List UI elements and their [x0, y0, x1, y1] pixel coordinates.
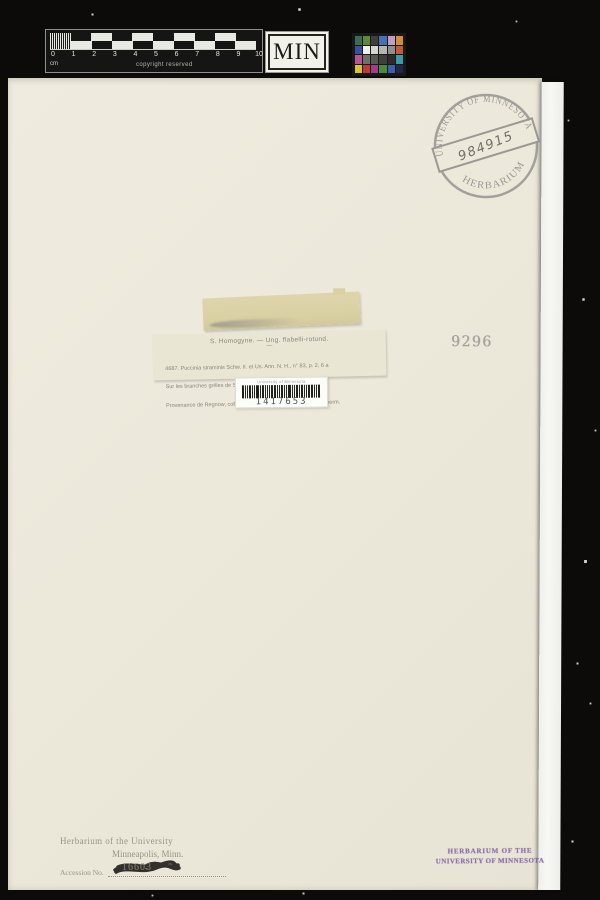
ruler-cm-block — [215, 33, 236, 41]
ruler-number: 5 — [154, 51, 158, 58]
barcode-bar — [252, 385, 253, 398]
barcode-label: University of Minnesota 1417653 — [235, 377, 328, 409]
exsiccata-number: 9296 — [451, 333, 493, 350]
color-checker-card — [352, 33, 406, 76]
accession-number-value: 16603 — [122, 862, 152, 873]
collection-label: S. Homogyne. — Ung. flabelli-rotund. — 4… — [153, 330, 387, 381]
barcode-bar — [254, 385, 255, 398]
ruler-footer: cm copyright reserved — [50, 61, 256, 70]
barcode-bar — [249, 385, 251, 398]
color-swatch — [355, 65, 362, 74]
min-code-tag: MIN — [265, 31, 329, 73]
ruler-cm-block — [194, 41, 215, 49]
barcode-bar — [308, 385, 310, 398]
purple-herbarium-stamp: HERBARIUM OF THE UNIVERSITY OF MINNESOTA — [424, 846, 556, 865]
ruler-number: 7 — [195, 51, 199, 58]
color-swatch — [388, 46, 395, 55]
color-swatch — [363, 65, 370, 74]
ruler-cm-block — [174, 33, 195, 41]
ruler-copyright: copyright reserved — [136, 62, 193, 68]
ruler-cm-block — [132, 33, 153, 41]
ruler-number: 3 — [113, 51, 117, 58]
color-swatch — [396, 65, 403, 74]
barcode-bar — [245, 385, 246, 398]
barcode-bar — [314, 385, 315, 398]
ruler-cm-block — [50, 33, 71, 49]
color-swatch — [388, 55, 395, 64]
dust-specks — [0, 0, 1, 1]
color-swatch — [355, 46, 362, 55]
accession-stamp-line1: Herbarium of the University — [60, 836, 226, 846]
ruler-cm-block — [71, 41, 92, 49]
ruler-cm-block — [235, 41, 256, 49]
color-swatch — [363, 46, 370, 55]
ruler-number-row: 012345678910 — [50, 51, 256, 61]
scale-ruler: 012345678910 cm copyright reserved — [45, 29, 263, 73]
ruler-blocks — [50, 33, 256, 50]
adjacent-sheet-edge — [538, 82, 564, 890]
color-swatch — [396, 36, 403, 45]
barcode-bar — [316, 385, 317, 398]
color-swatch — [355, 36, 362, 45]
min-code-text: MIN — [268, 34, 326, 70]
barcode-bar — [311, 385, 313, 398]
color-swatch — [371, 55, 378, 64]
color-swatch — [371, 65, 378, 74]
barcode-bar — [318, 385, 320, 398]
ruler-number: 8 — [216, 51, 220, 58]
barcode-bar — [242, 385, 244, 398]
ruler-cm-block — [153, 41, 174, 49]
ruler-number: 2 — [92, 51, 96, 58]
label-line: 4687. Puccinia straminis Schw. II. et Us… — [165, 361, 374, 372]
color-swatch — [396, 55, 403, 64]
color-swatch — [388, 36, 395, 45]
ruler-number: 1 — [72, 51, 76, 58]
ruler-unit-label: cm — [50, 61, 58, 67]
ruler-cm-block — [112, 41, 133, 49]
color-swatch — [371, 36, 378, 45]
color-swatch — [379, 65, 386, 74]
crossed-out-accession-number: 16603 — [112, 860, 182, 876]
barcode-bar — [247, 385, 248, 398]
color-swatch — [396, 46, 403, 55]
ruler-number: 0 — [51, 51, 55, 58]
barcode-header: University of Minnesota — [236, 379, 327, 385]
ruler-number: 6 — [175, 51, 179, 58]
accession-stamp: Herbarium of the University Minneapolis,… — [60, 836, 226, 877]
ruler-number: 10 — [255, 51, 263, 58]
accession-stamp-line2: Minneapolis, Minn. — [112, 849, 226, 859]
color-swatch — [379, 46, 386, 55]
ruler-cm-block — [91, 33, 112, 41]
color-swatch — [355, 55, 362, 64]
color-swatch — [363, 36, 370, 45]
packet-fold-tab — [333, 288, 345, 294]
ruler-number: 4 — [133, 51, 137, 58]
color-swatch — [371, 46, 378, 55]
color-swatch — [379, 55, 386, 64]
color-swatch — [388, 65, 395, 74]
purple-stamp-line1: HERBARIUM OF THE — [424, 846, 556, 855]
color-swatch — [363, 55, 370, 64]
accession-number-label: Accession No. — [60, 868, 104, 877]
ruler-number: 9 — [236, 51, 240, 58]
color-swatch — [379, 36, 386, 45]
purple-stamp-line2: UNIVERSITY OF MINNESOTA — [424, 856, 556, 865]
